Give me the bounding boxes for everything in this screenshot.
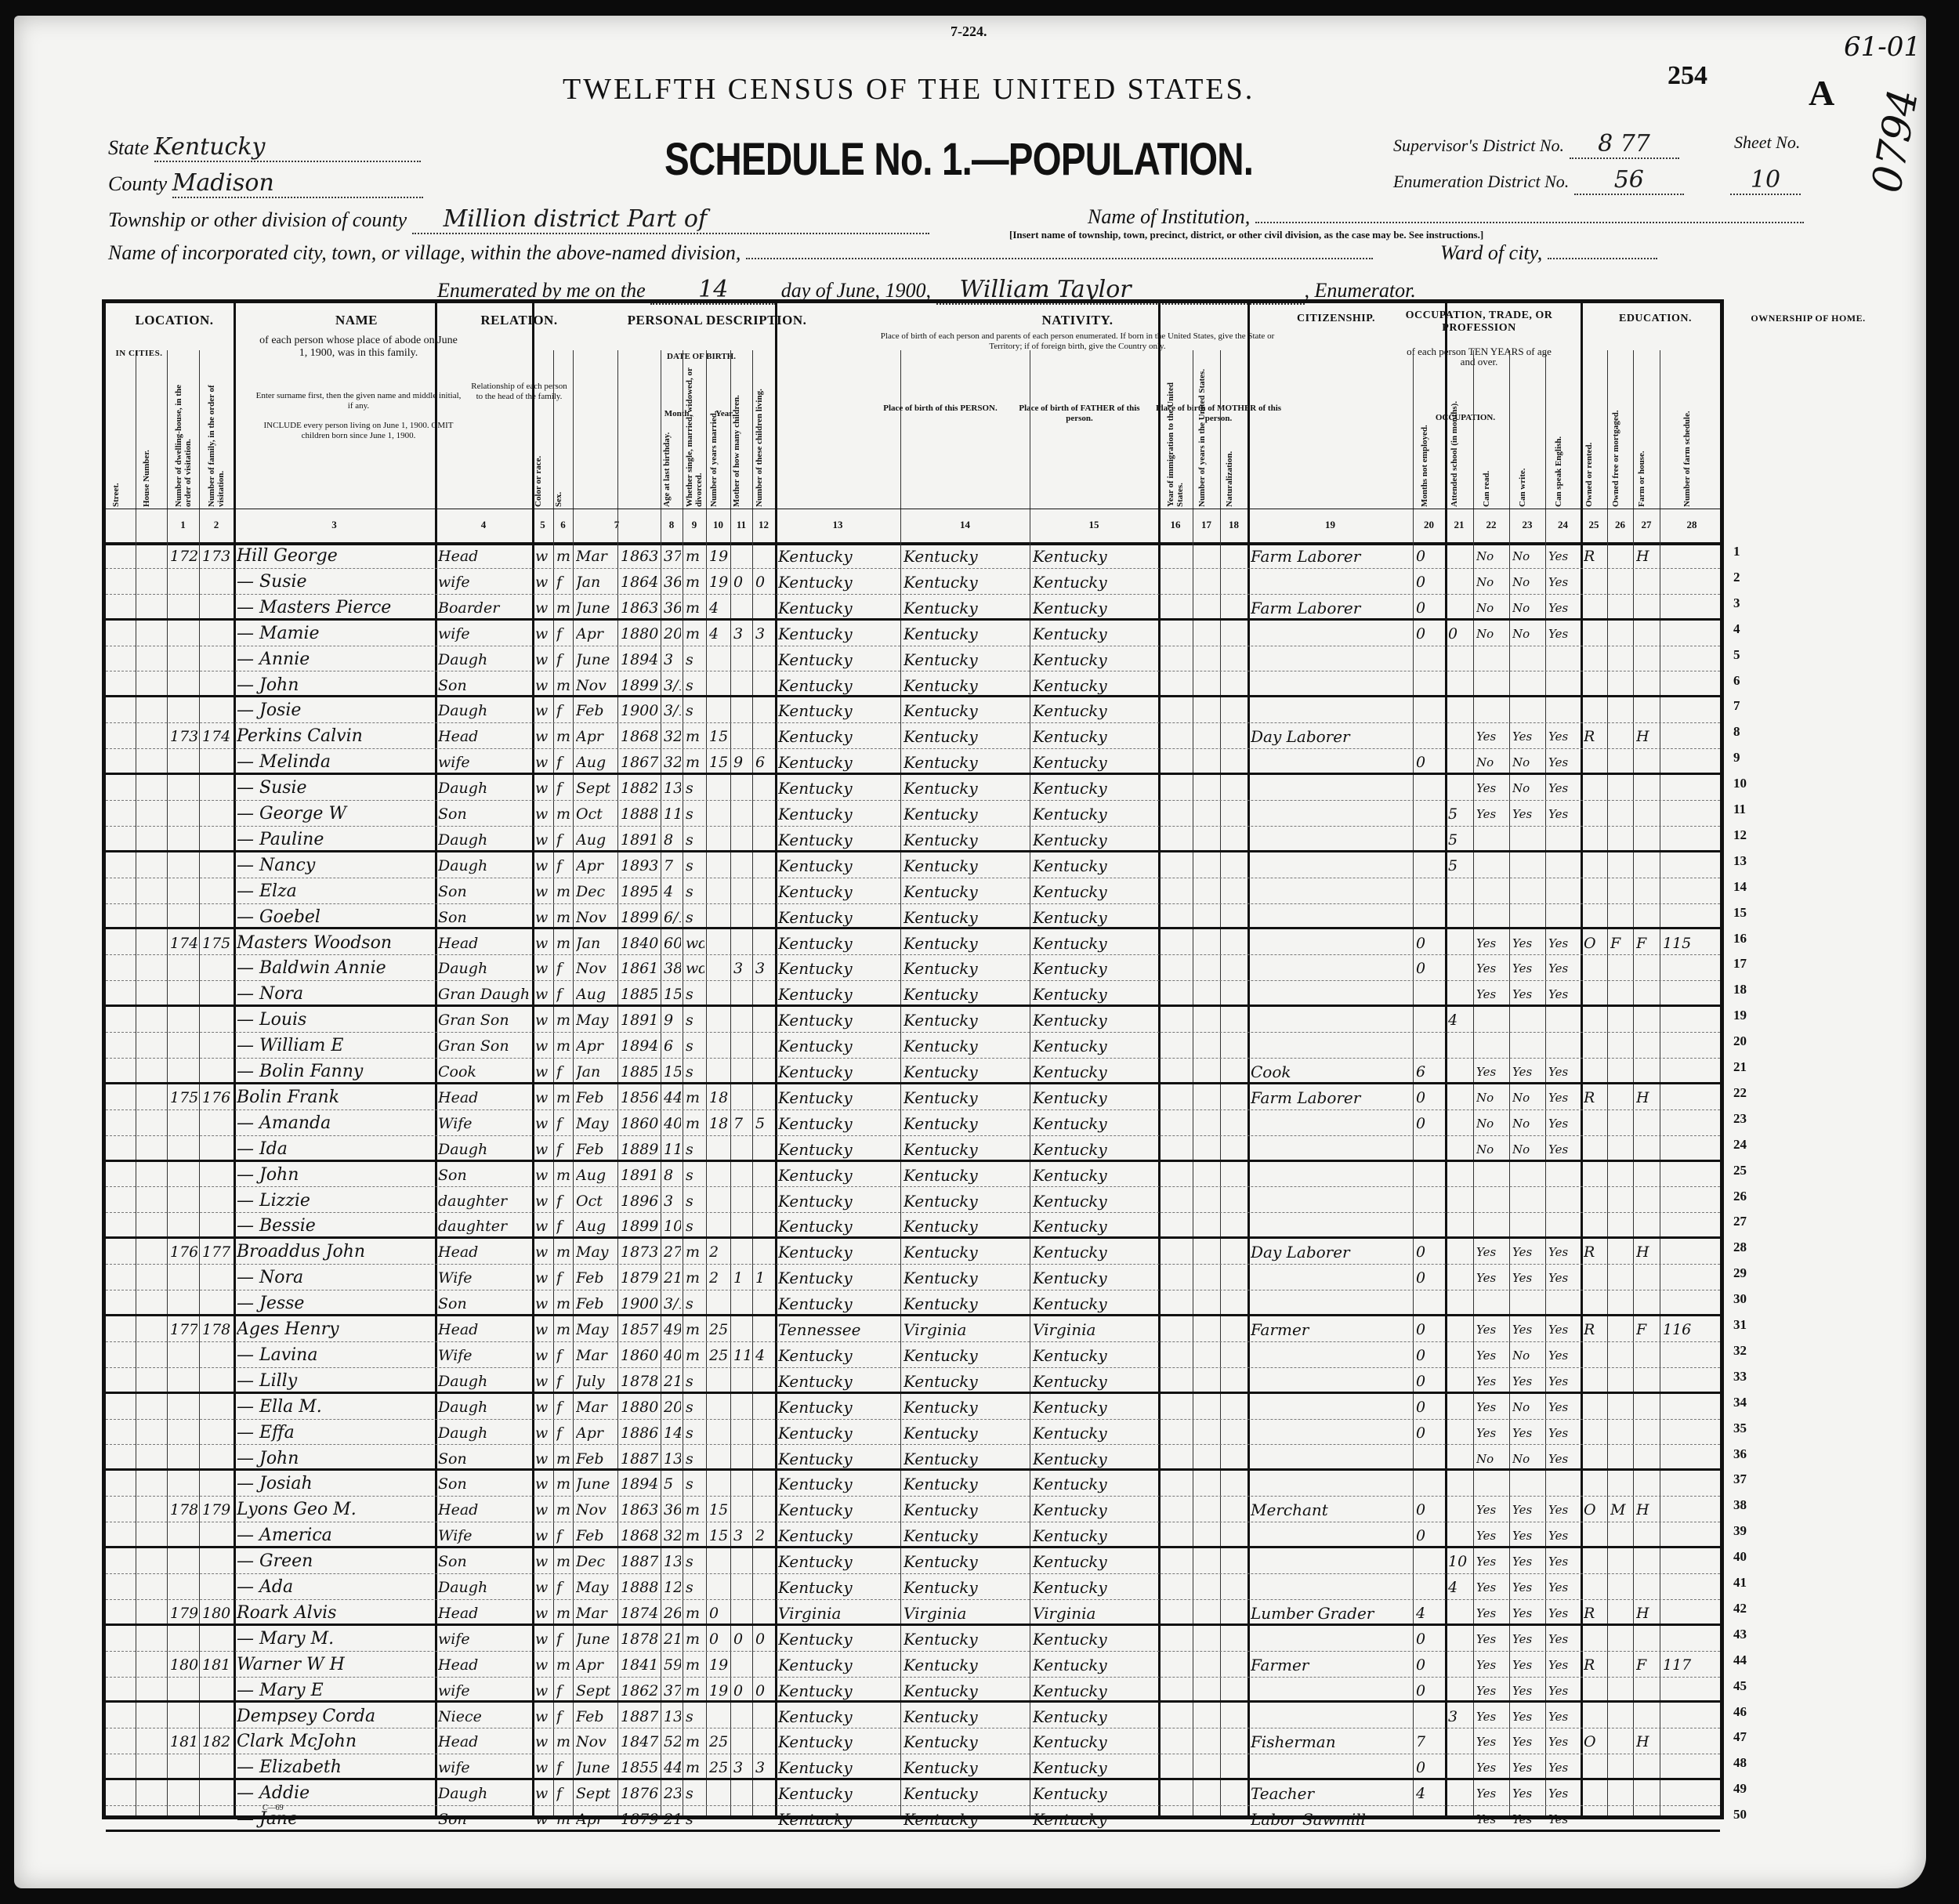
table-row: 174175Masters WoodsonHeadwmJan184060wdKe… <box>106 930 1720 956</box>
cell-birth-year: 1860 <box>621 1112 659 1135</box>
group-occupation: OCCUPATION, TRADE, OR PROFESSION <box>1391 309 1567 335</box>
cell-age: 8 <box>664 1164 681 1187</box>
line-number: 7 <box>1733 698 1740 714</box>
column-number: 8 <box>661 519 683 531</box>
cell-age: 27 <box>664 1240 681 1264</box>
cell-age: 38 <box>664 957 681 980</box>
cell-can-write: No <box>1512 622 1544 646</box>
cell-birthplace-mother: Kentucky <box>1033 648 1157 671</box>
cell-birth-year: 1880 <box>621 622 659 646</box>
cell-color: w <box>535 570 552 594</box>
cell-birth-month: Feb <box>576 1266 616 1290</box>
cell-can-read: Yes <box>1476 1782 1508 1805</box>
cell-birth-year: 1895 <box>621 880 659 903</box>
cell-can-speak-english: Yes <box>1548 1112 1579 1135</box>
cell-sex: f <box>556 1266 571 1290</box>
cell-children-living: 0 <box>755 1627 773 1651</box>
cell-birth-year: 1900 <box>621 699 659 722</box>
cell-can-speak-english: Yes <box>1548 1240 1579 1264</box>
cell-birth-year: 1879 <box>621 1808 659 1831</box>
cell-can-speak-english: Yes <box>1548 776 1579 800</box>
cell-age: 15 <box>664 983 681 1006</box>
cell-can-read: No <box>1476 1086 1508 1109</box>
cell-birthplace-mother: Kentucky <box>1033 1782 1157 1805</box>
cell-can-read: Yes <box>1476 1602 1508 1625</box>
cell-age: 40 <box>664 1112 681 1135</box>
margin-note-side: 0794 <box>1863 86 1928 197</box>
cell-age: 40 <box>664 1344 681 1367</box>
line-number: 23 <box>1733 1111 1747 1127</box>
cell-birth-month: June <box>576 1627 616 1651</box>
cell-months-unemployed: 0 <box>1416 1318 1443 1341</box>
cell-birthplace-father: Kentucky <box>903 1679 1028 1703</box>
column-number: 9 <box>683 519 706 531</box>
cell-mother-of: 1 <box>733 1266 751 1290</box>
cell-birthplace-person: Kentucky <box>778 1189 899 1213</box>
cell-birthplace-mother: Kentucky <box>1033 1524 1157 1547</box>
cell-marital-status: s <box>686 802 704 826</box>
name-instruction-2: INCLUDE every person living on June 1, 1… <box>255 421 462 441</box>
cell-birthplace-father: Kentucky <box>903 1576 1028 1599</box>
table-row: — LouisGran SonwmMay18919sKentuckyKentuc… <box>106 1007 1720 1033</box>
line-number: 29 <box>1733 1265 1747 1281</box>
line-number: 9 <box>1733 750 1740 766</box>
header-years-married: Number of years married. <box>709 358 719 507</box>
cell-color: w <box>535 1189 552 1213</box>
cell-birthplace-father: Kentucky <box>903 725 1028 748</box>
header-can-write: Can write. <box>1518 358 1527 507</box>
cell-months-unemployed: 4 <box>1416 1782 1443 1805</box>
cell-years-married: 4 <box>709 596 729 620</box>
header-dwelling: Number of dwelling-house, in the order o… <box>174 366 193 507</box>
cell-person-name: — John <box>237 1447 433 1471</box>
cell-birth-year: 1885 <box>621 1060 659 1084</box>
cell-relation: Son <box>438 1447 530 1471</box>
cell-birthplace-father: Kentucky <box>903 1370 1028 1393</box>
cell-age: 37 <box>664 545 681 568</box>
cell-birthplace-father: Kentucky <box>903 1189 1028 1213</box>
table-row: — NoraWifewfFeb187921m211KentuckyKentuck… <box>106 1265 1720 1290</box>
cell-birth-month: Jan <box>576 932 616 955</box>
table-row: — AddieDaughwfSept187623sKentuckyKentuck… <box>106 1780 1720 1806</box>
cell-age: 37 <box>664 1679 681 1703</box>
cell-person-name: — Ada <box>237 1576 433 1599</box>
line-number: 45 <box>1733 1678 1747 1694</box>
cell-can-read: Yes <box>1476 1730 1508 1754</box>
cell-sex: m <box>556 1498 571 1522</box>
cell-birth-month: Aug <box>576 828 616 852</box>
cell-birth-year: 1888 <box>621 802 659 826</box>
cell-birthplace-person: Kentucky <box>778 906 899 929</box>
cell-age: 20 <box>664 622 681 646</box>
line-number: 10 <box>1733 776 1747 791</box>
cell-age: 36 <box>664 1498 681 1522</box>
cell-color: w <box>535 1472 552 1496</box>
cell-birth-month: May <box>576 1576 616 1599</box>
column-number: 28 <box>1660 519 1724 531</box>
cell-family-number: 182 <box>202 1730 232 1754</box>
cell-birthplace-mother: Kentucky <box>1033 1008 1157 1032</box>
cell-birthplace-mother: Kentucky <box>1033 906 1157 929</box>
cell-birth-year: 1891 <box>621 828 659 852</box>
cell-age: 49 <box>664 1318 681 1341</box>
cell-can-write: No <box>1512 1138 1544 1161</box>
cell-dwelling-number: 172 <box>170 545 197 568</box>
cell-birthplace-mother: Kentucky <box>1033 1627 1157 1651</box>
header-owned-rented: Owned or rented. <box>1584 358 1594 507</box>
table-row: — Bolin FannyCookwfJan188515sKentuckyKen… <box>106 1059 1720 1084</box>
cell-relation: Daugh <box>438 828 530 852</box>
cell-dwelling-number: 178 <box>170 1498 197 1522</box>
cell-months-unemployed: 0 <box>1416 1756 1443 1779</box>
cell-birthplace-father: Kentucky <box>903 1086 1028 1109</box>
cell-birthplace-person: Kentucky <box>778 1421 899 1445</box>
cell-birth-month: Mar <box>576 1395 616 1419</box>
cell-person-name: — Pauline <box>237 828 433 852</box>
cell-person-name: — Nancy <box>237 854 433 878</box>
table-row: — Mary EwifewfSept186237m1900KentuckyKen… <box>106 1678 1720 1703</box>
cell-color: w <box>535 1008 552 1032</box>
cell-birth-month: Feb <box>576 1138 616 1161</box>
cell-relation: Head <box>438 545 530 568</box>
institution-field: Name of Institution, <box>1088 205 1804 229</box>
cell-birthplace-father: Kentucky <box>903 776 1028 800</box>
cell-birthplace-person: Kentucky <box>778 1266 899 1290</box>
cell-months-unemployed: 6 <box>1416 1060 1443 1084</box>
cell-mother-of: 3 <box>733 1524 751 1547</box>
line-number: 34 <box>1733 1395 1747 1410</box>
column-number: 13 <box>775 519 900 531</box>
cell-farm-house: H <box>1636 1086 1658 1109</box>
population-table: LOCATION. IN CITIES. NAME of each person… <box>102 299 1724 1819</box>
cell-person-name: — John <box>237 674 433 697</box>
cell-person-name: Clark McJohn <box>237 1730 433 1754</box>
cell-marital-status: m <box>686 1730 704 1754</box>
cell-can-speak-english: Yes <box>1548 1705 1579 1728</box>
table-row: — JesseSonwmFeb19003/12sKentuckyKentucky… <box>106 1290 1720 1316</box>
cell-family-number: 176 <box>202 1086 232 1109</box>
cell-birthplace-person: Kentucky <box>778 854 899 878</box>
cell-person-name: Broaddus John <box>237 1240 433 1264</box>
cell-marital-status: m <box>686 725 704 748</box>
cell-marital-status: s <box>686 1808 704 1831</box>
cell-can-speak-english: Yes <box>1548 1808 1579 1831</box>
cell-birth-year: 1894 <box>621 1034 659 1058</box>
cell-birthplace-mother: Kentucky <box>1033 983 1157 1006</box>
cell-can-speak-english: Yes <box>1548 802 1579 826</box>
cell-birthplace-father: Kentucky <box>903 1808 1028 1831</box>
cell-birth-month: Jan <box>576 1060 616 1084</box>
header-can-read: Can read. <box>1482 358 1491 507</box>
cell-birthplace-mother: Kentucky <box>1033 1214 1157 1238</box>
cell-person-name: Lyons Geo M. <box>237 1498 433 1522</box>
cell-years-married: 25 <box>709 1318 729 1341</box>
cell-birth-month: May <box>576 1318 616 1341</box>
cell-birthplace-mother: Kentucky <box>1033 1370 1157 1393</box>
cell-birthplace-person: Kentucky <box>778 932 899 955</box>
cell-can-speak-english: Yes <box>1548 751 1579 774</box>
cell-birthplace-father: Kentucky <box>903 1060 1028 1084</box>
table-row: — LizziedaughterwfOct18963sKentuckyKentu… <box>106 1188 1720 1214</box>
cell-person-name: — Louis <box>237 1008 433 1032</box>
institution-value <box>1255 222 1804 223</box>
cell-sex: f <box>556 1421 571 1445</box>
table-row: — AdaDaughwfMay188812sKentuckyKentuckyKe… <box>106 1574 1720 1600</box>
cell-birthplace-mother: Kentucky <box>1033 1344 1157 1367</box>
cell-marital-status: m <box>686 622 704 646</box>
line-number: 24 <box>1733 1137 1747 1153</box>
line-number: 38 <box>1733 1497 1747 1513</box>
column-number: 10 <box>706 519 730 531</box>
group-personal-description: PERSONAL DESCRIPTION. <box>572 313 862 328</box>
cell-sex: f <box>556 1060 571 1084</box>
cell-can-speak-english: Yes <box>1548 1524 1579 1547</box>
cell-birth-month: Aug <box>576 1214 616 1238</box>
cell-birthplace-father: Kentucky <box>903 622 1028 646</box>
cell-age: 9 <box>664 1008 681 1032</box>
cell-can-speak-english: Yes <box>1548 622 1579 646</box>
column-number: 21 <box>1445 519 1473 531</box>
cell-color: w <box>535 596 552 620</box>
cell-sex: f <box>556 776 571 800</box>
cell-can-read: Yes <box>1476 1550 1508 1573</box>
cell-can-read: No <box>1476 545 1508 568</box>
enumeration-district-value: 56 <box>1574 166 1684 195</box>
cell-occupation: Lumber Grader <box>1251 1602 1411 1625</box>
cell-color: w <box>535 751 552 774</box>
cell-birthplace-person: Kentucky <box>778 725 899 748</box>
schedule-title: SCHEDULE No. 1.—POPULATION. <box>664 133 1253 186</box>
cell-free-mortgaged: M <box>1610 1498 1631 1522</box>
cell-months-unemployed: 0 <box>1416 957 1443 980</box>
page-letter: A <box>1809 72 1834 114</box>
cell-person-name: — Annie <box>237 648 433 671</box>
cell-attended-school: 0 <box>1448 622 1472 646</box>
state-value: Kentucky <box>154 133 421 162</box>
group-relation: RELATION. <box>466 313 572 328</box>
cell-can-write: Yes <box>1512 1782 1544 1805</box>
cell-relation: Head <box>438 725 530 748</box>
cell-birth-year: 1873 <box>621 1240 659 1264</box>
cell-color: w <box>535 1395 552 1419</box>
cell-birthplace-person: Kentucky <box>778 1240 899 1264</box>
table-row: — AmandaWifewfMay186040m1875KentuckyKent… <box>106 1110 1720 1136</box>
cell-months-unemployed: 0 <box>1416 1370 1443 1393</box>
cell-age: 21 <box>664 1808 681 1831</box>
cell-age: 3/12 <box>664 1292 681 1316</box>
cell-marital-status: s <box>686 1395 704 1419</box>
line-number: 16 <box>1733 931 1747 947</box>
cell-age: 14 <box>664 1421 681 1445</box>
cell-sex: m <box>556 1653 571 1677</box>
occupation-subheading: OCCUPATION. <box>1399 413 1532 423</box>
cell-months-unemployed: 0 <box>1416 1395 1443 1419</box>
cell-family-number: 180 <box>202 1602 232 1625</box>
cell-birthplace-person: Kentucky <box>778 751 899 774</box>
table-row: — JohnSonwmNov18993/12sKentuckyKentuckyK… <box>106 672 1720 698</box>
cell-birthplace-mother: Kentucky <box>1033 1421 1157 1445</box>
cell-sex: m <box>556 906 571 929</box>
cell-occupation: Day Laborer <box>1251 1240 1411 1264</box>
cell-sex: f <box>556 1370 571 1393</box>
cell-person-name: — Addie <box>237 1782 433 1805</box>
cell-sex: m <box>556 1808 571 1831</box>
cell-relation: Son <box>438 1808 530 1831</box>
cell-color: w <box>535 699 552 722</box>
cell-relation: Head <box>438 1318 530 1341</box>
cell-children-living: 4 <box>755 1344 773 1367</box>
cell-marital-status: s <box>686 828 704 852</box>
pob-person-heading: Place of birth of this PERSON. <box>874 404 1007 414</box>
cell-marital-status: s <box>686 648 704 671</box>
cell-birth-month: Aug <box>576 1164 616 1187</box>
cell-person-name: — Amanda <box>237 1112 433 1135</box>
cell-age: 7 <box>664 854 681 878</box>
line-number: 49 <box>1733 1781 1747 1797</box>
cell-birthplace-father: Kentucky <box>903 983 1028 1006</box>
cell-sex: m <box>556 1602 571 1625</box>
cell-can-write: Yes <box>1512 983 1544 1006</box>
cell-color: w <box>535 1705 552 1728</box>
cell-birthplace-mother: Kentucky <box>1033 1498 1157 1522</box>
cell-color: w <box>535 1292 552 1316</box>
table-row: Dempsey CordaNiecewfFeb188713sKentuckyKe… <box>106 1703 1720 1729</box>
cell-birthplace-father: Kentucky <box>903 570 1028 594</box>
cell-children-living: 6 <box>755 751 773 774</box>
cell-birth-year: 1863 <box>621 596 659 620</box>
cell-age: 21 <box>664 1370 681 1393</box>
cell-age: 21 <box>664 1627 681 1651</box>
cell-can-read: Yes <box>1476 983 1508 1006</box>
cell-years-married: 2 <box>709 1266 729 1290</box>
cell-occupation: Teacher <box>1251 1782 1411 1805</box>
cell-color: w <box>535 1730 552 1754</box>
cell-birthplace-person: Kentucky <box>778 1086 899 1109</box>
sheet-label: Sheet No. <box>1734 130 1800 154</box>
cell-relation: Cook <box>438 1060 530 1084</box>
cell-relation: Daugh <box>438 1782 530 1805</box>
cell-color: w <box>535 957 552 980</box>
cell-birthplace-person: Kentucky <box>778 1808 899 1831</box>
cell-months-unemployed: 0 <box>1416 1344 1443 1367</box>
cell-color: w <box>535 1344 552 1367</box>
cell-can-speak-english: Yes <box>1548 725 1579 748</box>
group-ownership: OWNERSHIP OF HOME. <box>1740 313 1877 324</box>
cell-can-write: Yes <box>1512 1576 1544 1599</box>
cell-birth-month: Feb <box>576 1086 616 1109</box>
table-row: — LillyDaughwfJuly187821sKentuckyKentuck… <box>106 1368 1720 1394</box>
year-heading: Year. <box>701 409 748 419</box>
group-citizenship: CITIZENSHIP. <box>1285 313 1387 325</box>
cell-can-speak-english: Yes <box>1548 1086 1579 1109</box>
cell-birthplace-father: Kentucky <box>903 1034 1028 1058</box>
cell-relation: Gran Son <box>438 1008 530 1032</box>
cell-can-read: Yes <box>1476 1627 1508 1651</box>
cell-color: w <box>535 802 552 826</box>
table-row: — JosieDaughwfFeb19003/12sKentuckyKentuc… <box>106 697 1720 723</box>
group-nativity: NATIVITY. <box>870 313 1285 328</box>
cell-birthplace-person: Kentucky <box>778 1447 899 1471</box>
cell-age: 3 <box>664 1189 681 1213</box>
cell-person-name: — Ida <box>237 1138 433 1161</box>
cell-sex: f <box>556 854 571 878</box>
cell-person-name: — Nora <box>237 1266 433 1290</box>
cell-birthplace-person: Kentucky <box>778 1344 899 1367</box>
cell-relation: Son <box>438 880 530 903</box>
county-field: County Madison <box>108 169 423 198</box>
line-number: 48 <box>1733 1755 1747 1771</box>
cell-relation: wife <box>438 570 530 594</box>
cell-attended-school: 5 <box>1448 854 1472 878</box>
cell-months-unemployed: 0 <box>1416 1240 1443 1264</box>
cell-color: w <box>535 1138 552 1161</box>
cell-birth-year: 1857 <box>621 1318 659 1341</box>
cell-relation: Head <box>438 1602 530 1625</box>
cell-color: w <box>535 1627 552 1651</box>
cell-sex: f <box>556 828 571 852</box>
footer-form-code: C—69 <box>263 1804 284 1812</box>
cell-occupation: Labor Sawmill <box>1251 1808 1411 1831</box>
cell-family-number: 173 <box>202 545 232 568</box>
cell-owned-rented: O <box>1584 1498 1606 1522</box>
cell-mother-of: 3 <box>733 957 751 980</box>
cell-sex: m <box>556 1447 571 1471</box>
nativity-description: Place of birth of each person and parent… <box>874 331 1281 352</box>
cell-birth-month: Feb <box>576 699 616 722</box>
table-row: 180181Warner W HHeadwmApr184159m19Kentuc… <box>106 1652 1720 1678</box>
cell-years-married: 15 <box>709 1524 729 1547</box>
cell-can-write: Yes <box>1512 1756 1544 1779</box>
header-sex: Sex. <box>554 358 563 507</box>
cell-person-name: Ages Henry <box>237 1318 433 1341</box>
cell-birth-month: Nov <box>576 906 616 929</box>
line-number: 11 <box>1733 802 1746 817</box>
cell-person-name: — Masters Pierce <box>237 596 433 620</box>
cell-birthplace-mother: Kentucky <box>1033 1138 1157 1161</box>
cell-birthplace-person: Tennessee <box>778 1318 899 1341</box>
cell-birth-year: 1893 <box>621 854 659 878</box>
cell-dwelling-number: 175 <box>170 1086 197 1109</box>
header-mother-of: Mother of how many children. <box>732 358 741 507</box>
cell-can-read: Yes <box>1476 1240 1508 1264</box>
cell-birthplace-father: Kentucky <box>903 1008 1028 1032</box>
cell-birthplace-mother: Kentucky <box>1033 1240 1157 1264</box>
cell-marital-status: m <box>686 570 704 594</box>
cell-birth-year: 1899 <box>621 1214 659 1238</box>
cell-birthplace-person: Kentucky <box>778 1627 899 1651</box>
cell-marital-status: m <box>686 1266 704 1290</box>
header-family: Number of family, in the order of visita… <box>207 366 226 507</box>
table-row: — Mary M.wifewfJune187821m000KentuckyKen… <box>106 1626 1720 1652</box>
cell-birthplace-father: Kentucky <box>903 1550 1028 1573</box>
cell-can-speak-english: Yes <box>1548 1447 1579 1471</box>
cell-years-married: 19 <box>709 545 729 568</box>
cell-dwelling-number: 180 <box>170 1653 197 1677</box>
cell-dwelling-number: 179 <box>170 1602 197 1625</box>
cell-birthplace-person: Kentucky <box>778 1112 899 1135</box>
cell-years-married: 15 <box>709 751 729 774</box>
cell-sex: f <box>556 1214 571 1238</box>
cell-person-name: — Bolin Fanny <box>237 1060 433 1084</box>
table-row: — MelindawifewfAug186732m1596KentuckyKen… <box>106 749 1720 775</box>
cell-children-living: 0 <box>755 570 773 594</box>
cell-marital-status: s <box>686 1164 704 1187</box>
cell-relation: Gran Son <box>438 1034 530 1058</box>
cell-birthplace-person: Kentucky <box>778 1524 899 1547</box>
cell-birthplace-mother: Kentucky <box>1033 1189 1157 1213</box>
cell-birthplace-father: Kentucky <box>903 1344 1028 1367</box>
line-number: 32 <box>1733 1343 1747 1359</box>
